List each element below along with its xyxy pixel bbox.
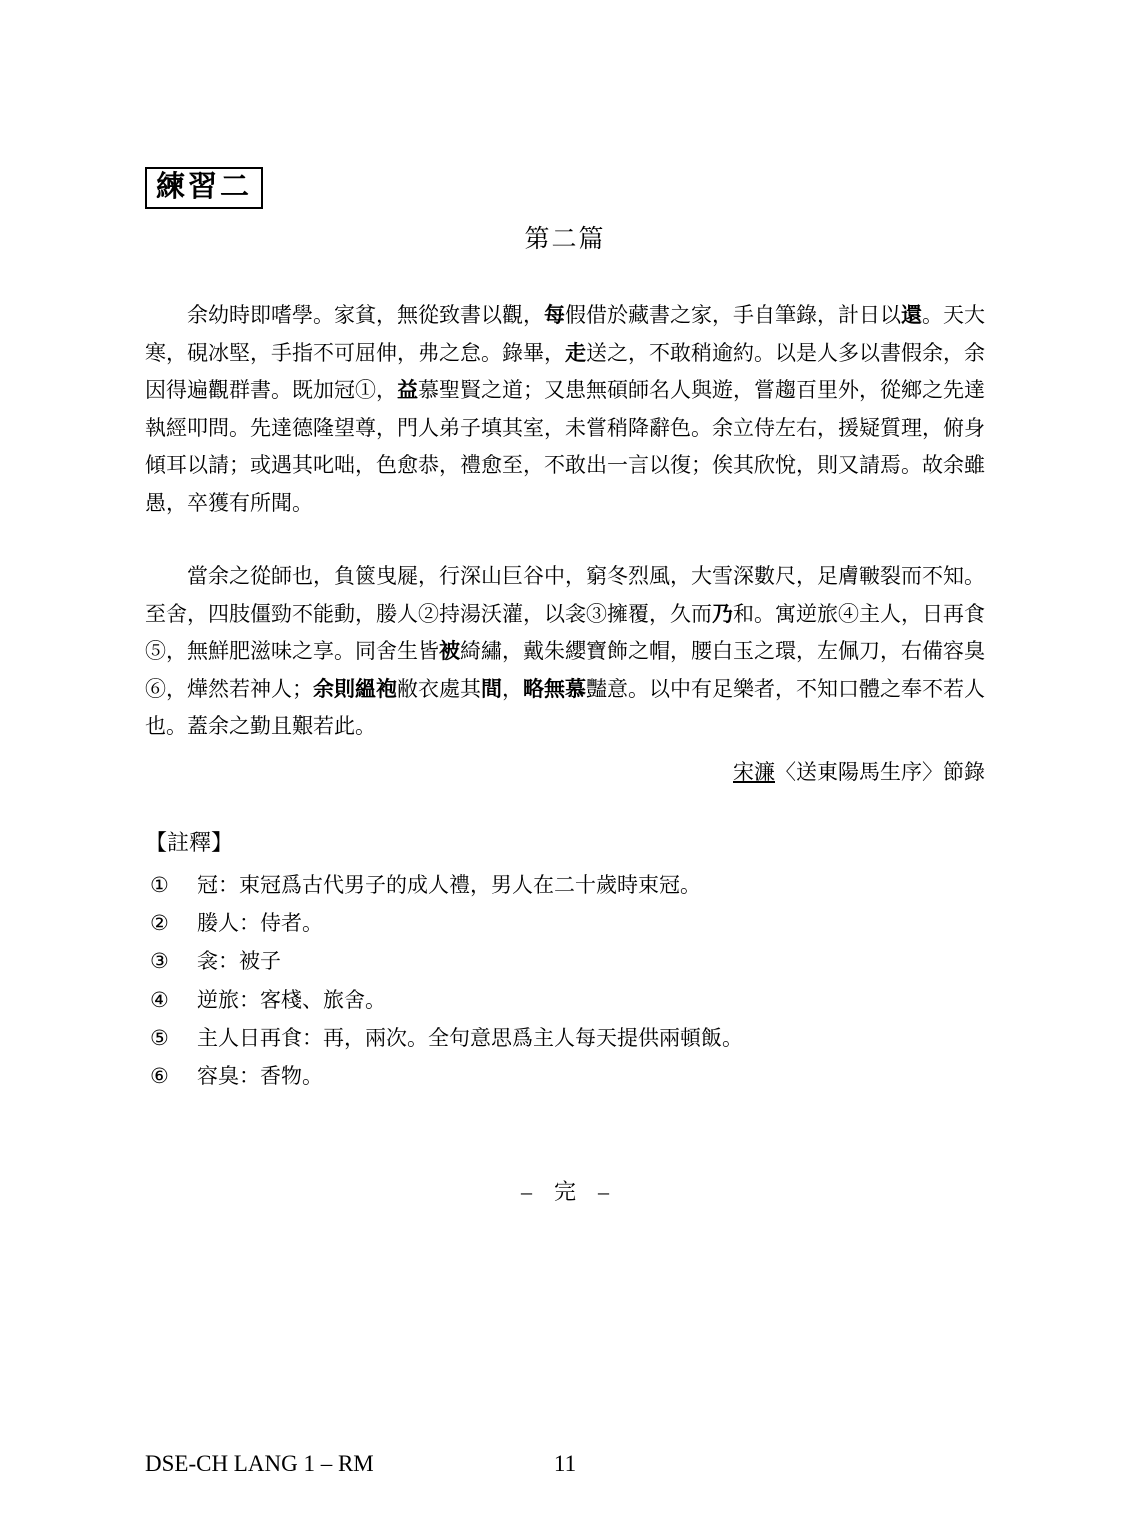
highlighted-term: 益 <box>397 378 418 402</box>
passage-paragraph-1: 余幼時即嗜學。家貧，無從致書以觀，每假借於藏書之家，手自筆錄，計日以還。天大寒，… <box>145 297 985 523</box>
note-number: ③ <box>145 942 197 980</box>
page-footer: DSE-CH LANG 1 – RM 11 <box>145 1449 985 1479</box>
highlighted-term: 還 <box>901 303 922 327</box>
highlighted-term: 被 <box>439 639 460 663</box>
exercise-title-box: 練習二 <box>145 167 263 209</box>
note-number: ① <box>145 866 197 904</box>
highlighted-term: 間 <box>481 677 502 701</box>
note-item-4: ④ 逆旅：客棧、旅舍。 <box>145 981 985 1019</box>
note-number: ⑥ <box>145 1057 197 1095</box>
end-mark: – 完 – <box>145 1177 985 1207</box>
note-item-5: ⑤ 主人日再食：再，兩次。全句意思爲主人每天提供兩頓飯。 <box>145 1019 985 1057</box>
note-number: ⑤ <box>145 1019 197 1057</box>
text-segment: 敝衣處其 <box>397 677 481 701</box>
text-segment: 余幼時即嗜學。家貧，無從致書以觀， <box>187 303 544 327</box>
highlighted-term: 每 <box>544 303 565 327</box>
exercise-title: 練習二 <box>156 171 252 203</box>
highlighted-term: 走 <box>565 341 586 365</box>
highlighted-term: 略無慕 <box>523 677 586 701</box>
note-number: ② <box>145 904 197 942</box>
notes-heading: 【註釋】 <box>145 828 233 858</box>
note-text: 衾：被子 <box>197 942 985 980</box>
note-text: 媵人：侍者。 <box>197 904 985 942</box>
note-item-2: ② 媵人：侍者。 <box>145 904 985 942</box>
text-segment: 假借於藏書之家，手自筆錄，計日以 <box>565 303 901 327</box>
passage-title: 第二篇 <box>145 224 985 256</box>
note-item-3: ③ 衾：被子 <box>145 942 985 980</box>
note-item-6: ⑥ 容臭：香物。 <box>145 1057 985 1095</box>
note-item-1: ① 冠：束冠爲古代男子的成人禮，男人在二十歲時束冠。 <box>145 866 985 904</box>
note-number: ④ <box>145 981 197 1019</box>
notes-list: ① 冠：束冠爲古代男子的成人禮，男人在二十歲時束冠。 ② 媵人：侍者。 ③ 衾：… <box>145 866 985 1095</box>
source-title: 〈送東陽馬生序〉節錄 <box>775 760 985 784</box>
text-segment: ， <box>502 677 523 701</box>
highlighted-term: 乃 <box>712 602 733 626</box>
highlighted-term: 余則縕袍 <box>313 677 397 701</box>
document-page: 練習二 第二篇 余幼時即嗜學。家貧，無從致書以觀，每假借於藏書之家，手自筆錄，計… <box>0 0 1125 1538</box>
note-text: 冠：束冠爲古代男子的成人禮，男人在二十歲時束冠。 <box>197 866 985 904</box>
document-code: DSE-CH LANG 1 – RM <box>145 1449 374 1479</box>
note-text: 容臭：香物。 <box>197 1057 985 1095</box>
source-attribution: 宋濂〈送東陽馬生序〉節錄 <box>145 757 985 787</box>
author-name: 宋濂 <box>733 760 775 784</box>
note-text: 主人日再食：再，兩次。全句意思爲主人每天提供兩頓飯。 <box>197 1019 985 1057</box>
passage-paragraph-2: 當余之從師也，負篋曳屣，行深山巨谷中，窮冬烈風，大雪深數尺，足膚皸裂而不知。至舍… <box>145 558 985 746</box>
note-text: 逆旅：客棧、旅舍。 <box>197 981 985 1019</box>
